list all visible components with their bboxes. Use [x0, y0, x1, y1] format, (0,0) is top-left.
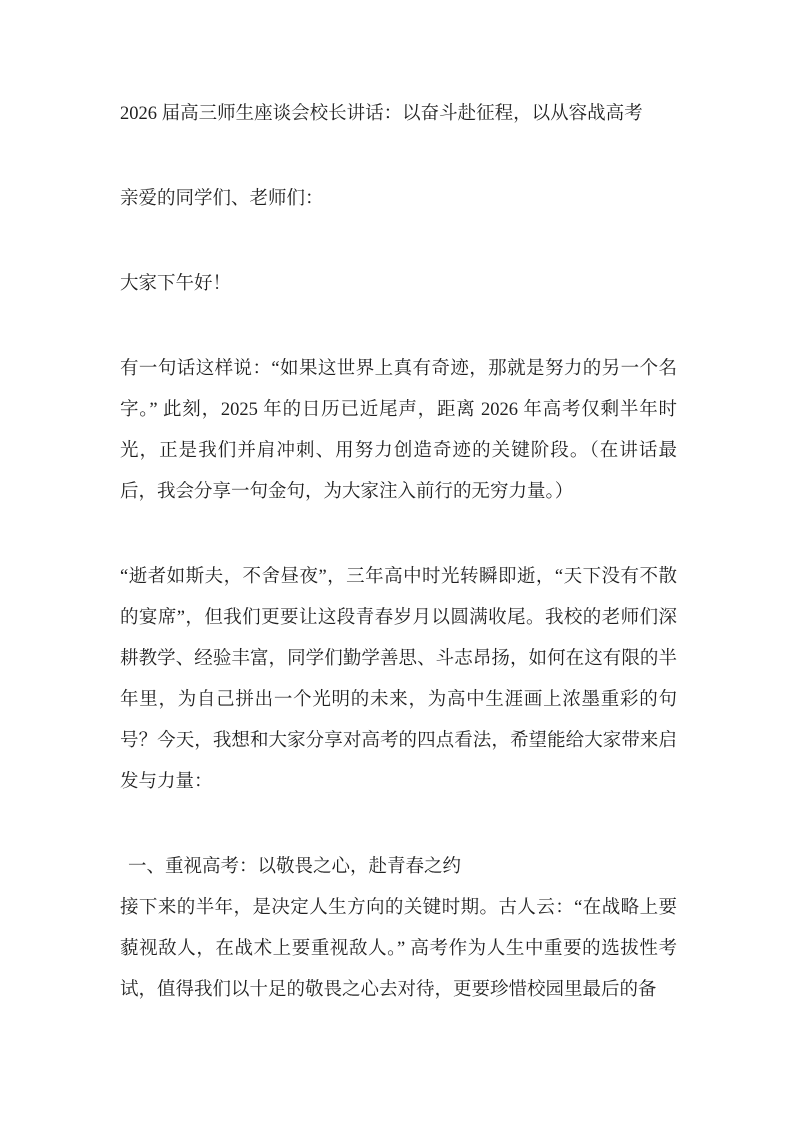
- paragraph-section-1: 接下来的半年，是决定人生方向的关键时期。古人云：“在战略上要藐视敌人，在战术上要…: [120, 888, 677, 1011]
- greeting-line: 大家下午好！: [120, 264, 677, 305]
- document-title: 2026 届高三师生座谈会校长讲话：以奋斗赴征程，以从容战高考: [120, 94, 677, 135]
- paragraph-reflection: “逝者如斯夫，不舍昼夜”，三年高中时光转瞬即逝，“天下没有不散的宴席”，但我们更…: [120, 557, 677, 803]
- document-content: 2026 届高三师生座谈会校长讲话：以奋斗赴征程，以从容战高考 亲爱的同学们、老…: [120, 94, 677, 1055]
- paragraph-intro: 有一句话这样说：“如果这世界上真有奇迹，那就是努力的另一个名字。” 此刻，202…: [120, 349, 677, 513]
- document-page: 2026 届高三师生座谈会校长讲话：以奋斗赴征程，以从容战高考 亲爱的同学们、老…: [0, 0, 793, 1122]
- salutation-line: 亲爱的同学们、老师们：: [120, 179, 677, 220]
- section-heading-1: 一、重视高考：以敬畏之心，赴青春之约: [120, 847, 677, 888]
